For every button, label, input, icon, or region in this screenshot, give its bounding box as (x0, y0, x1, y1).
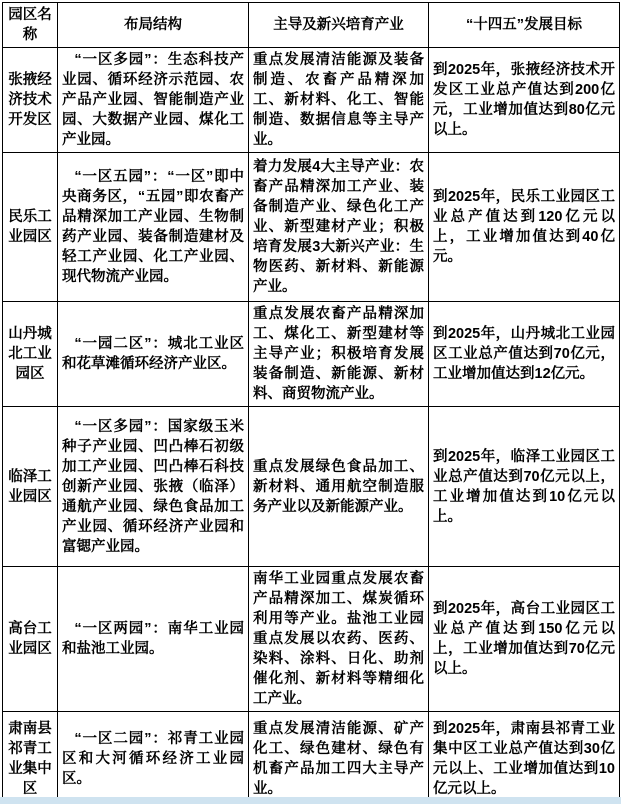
layout-structure-cell: “一区二园”：祁青工业园区和大河循环经济工业园区。 (58, 712, 249, 804)
layout-structure-cell: “一区多园”：生态科技产业园、循环经济示范园、农产品产业园、智能制造产业园、大数… (58, 48, 249, 153)
layout-structure-cell: “一区两园”：南华工业园和盐池工业园。 (58, 567, 249, 712)
table-row: 民乐工业园区 “一区五园”：“一区”即中央商务区，“五园”即农畜产品精深加工产业… (3, 153, 620, 302)
table-row: 肃南县祁青工业集中区 “一区二园”：祁青工业园区和大河循环经济工业园区。 重点发… (3, 712, 620, 804)
header-development-goal: “十四五”发展目标 (429, 3, 620, 48)
header-industries: 主导及新兴培育产业 (249, 3, 429, 48)
park-name-cell: 高台工业园区 (3, 567, 58, 712)
development-goal-cell: 到2025年，肃南县祁青工业集中区工业总产值达到30亿元以上、工业增加值达到10… (429, 712, 620, 804)
development-goal-cell: 到2025年，临泽工业园区工业总产值达到70亿元以上，工业增加值达到10亿元以上… (429, 407, 620, 567)
industries-cell: 重点发展绿色食品加工、新材料、通用航空制造服务产业以及新能源产业。 (249, 407, 429, 567)
development-goal-cell: 到2025年，民乐工业园区工业总产值达到120亿元以上，工业增加值达到40亿元。 (429, 153, 620, 302)
industries-cell: 重点发展清洁能源、矿产化工、绿色建材、绿色有机畜产品加工四大主导产业。 (249, 712, 429, 804)
industries-cell: 南华工业园重点发展农畜产品精深加工、煤炭循环利用等产业。盐池工业园重点发展以农药… (249, 567, 429, 712)
park-name-cell: 肃南县祁青工业集中区 (3, 712, 58, 804)
park-name-cell: 张掖经济技术开发区 (3, 48, 58, 153)
industries-cell: 重点发展清洁能源及装备制造、农畜产品精深加工、新材料、化工、智能制造、数据信息等… (249, 48, 429, 153)
bottom-highlight-strip (0, 797, 621, 804)
park-name-cell: 山丹城北工业园区 (3, 302, 58, 407)
page: 园区名称 布局结构 主导及新兴培育产业 “十四五”发展目标 张掖经济技术开发区 … (0, 0, 621, 804)
layout-structure-cell: “一园二区”：城北工业区和花草滩循环经济产业区。 (58, 302, 249, 407)
industrial-parks-table: 园区名称 布局结构 主导及新兴培育产业 “十四五”发展目标 张掖经济技术开发区 … (2, 2, 620, 804)
table-header: 园区名称 布局结构 主导及新兴培育产业 “十四五”发展目标 (3, 3, 620, 48)
development-goal-cell: 到2025年，山丹城北工业园区工业总产值达到70亿元，工业增加值达到12亿元。 (429, 302, 620, 407)
table-row: 山丹城北工业园区 “一园二区”：城北工业区和花草滩循环经济产业区。 重点发展农畜… (3, 302, 620, 407)
park-name-cell: 民乐工业园区 (3, 153, 58, 302)
header-layout-structure: 布局结构 (58, 3, 249, 48)
development-goal-cell: 到2025年，高台工业园区工业总产值达到150亿元以上，工业增加值达到70亿元以… (429, 567, 620, 712)
park-name-cell: 临泽工业园区 (3, 407, 58, 567)
table-row: 张掖经济技术开发区 “一区多园”：生态科技产业园、循环经济示范园、农产品产业园、… (3, 48, 620, 153)
table-body: 张掖经济技术开发区 “一区多园”：生态科技产业园、循环经济示范园、农产品产业园、… (3, 48, 620, 804)
industries-cell: 重点发展农畜产品精深加工、煤化工、新型建材等主导产业；积极培育发展装备制造、新能… (249, 302, 429, 407)
table-row: 临泽工业园区 “一区多园”：国家级玉米种子产业园、凹凸棒石初级加工产业园、凹凸棒… (3, 407, 620, 567)
header-row: 园区名称 布局结构 主导及新兴培育产业 “十四五”发展目标 (3, 3, 620, 48)
layout-structure-cell: “一区多园”：国家级玉米种子产业园、凹凸棒石初级加工产业园、凹凸棒石科技创新产业… (58, 407, 249, 567)
header-park-name: 园区名称 (3, 3, 58, 48)
industries-cell: 着力发展4大主导产业：农畜产品精深加工产业、装备制造产业、绿色化工产业、新型建材… (249, 153, 429, 302)
development-goal-cell: 到2025年，张掖经济技术开发区工业总产值达到200亿元，工业增加值达到80亿元… (429, 48, 620, 153)
layout-structure-cell: “一区五园”：“一区”即中央商务区，“五园”即农畜产品精深加工产业园、生物制药产… (58, 153, 249, 302)
table-row: 高台工业园区 “一区两园”：南华工业园和盐池工业园。 南华工业园重点发展农畜产品… (3, 567, 620, 712)
